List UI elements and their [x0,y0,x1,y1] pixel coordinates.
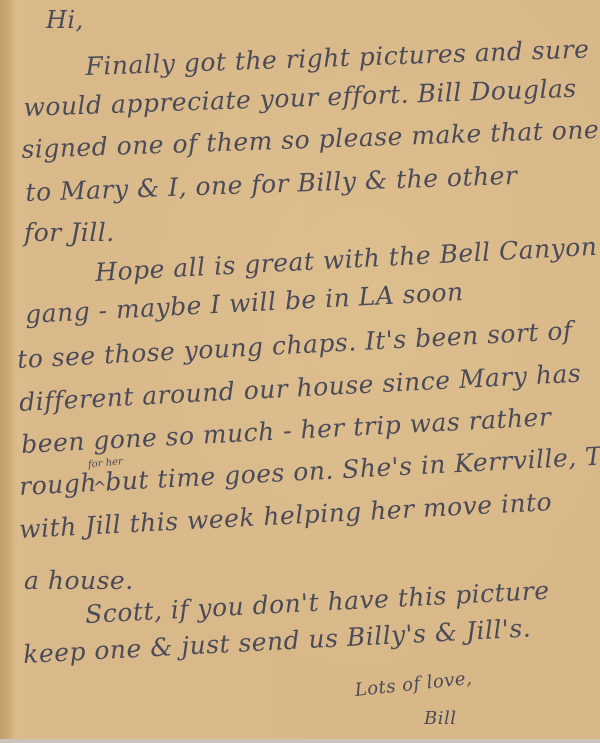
paper-fold-shadow [0,0,14,739]
letter-line-5: for Jill. [24,218,115,247]
letter-line-3: signed one of them so please make that o… [21,115,600,164]
scan-edge [0,739,600,743]
letter-line-7: gang - maybe I will be in LA soon [24,277,464,329]
letter-line-1: Finally got the right pictures and sure [85,34,590,81]
closing: Lots of love, [354,668,473,701]
signature: Bill [424,708,457,729]
letter-page: Hi, Finally got the right pictures and s… [0,0,600,739]
greeting: Hi, [46,6,84,34]
letter-line-2: would appreciate your effort. Bill Dougl… [23,74,577,122]
letter-line-4: to Mary & I, one for Billy & the other [25,161,518,207]
letter-line-13: a house. [24,566,134,595]
letter-line-6: Hope all is great with the Bell Canyon [94,232,598,287]
